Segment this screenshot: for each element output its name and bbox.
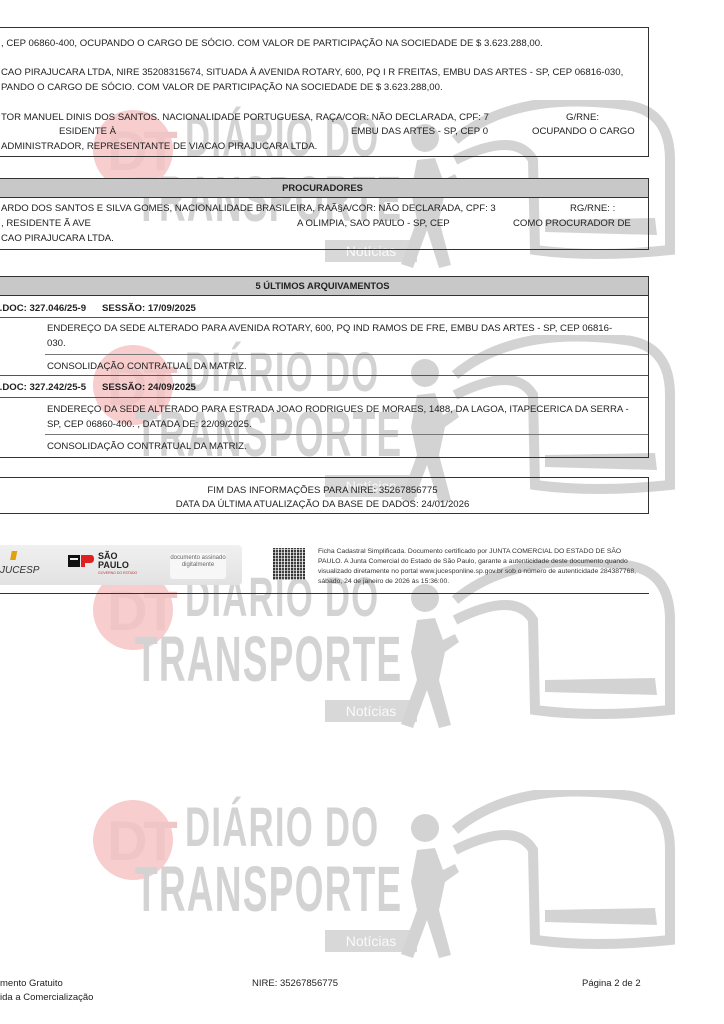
fim-nire: FIM DAS INFORMAÇÕES PARA NIRE: 352678567… (0, 485, 648, 496)
jucesp-logo-icon: //// (10, 549, 15, 563)
page-number: Página 2 de 2 (582, 978, 641, 989)
signed-badge: documento assinado digitalmente (170, 553, 226, 579)
socio-entry: TOR MANUEL DINIS DOS SANTOS. NACIONALIDA… (1, 112, 489, 123)
arquivamento-item: ENDEREÇO DA SEDE ALTERADO PARA AVENIDA R… (47, 323, 612, 334)
bus-person-icon (395, 790, 685, 965)
socio-entry: CAO PIRAJUCARA LTDA, NIRE 35208315674, S… (1, 67, 623, 78)
arquivamento-sessao: SESSÃO: 17/09/2025 (102, 303, 196, 314)
sp-logo-icon (68, 554, 94, 568)
footer-nire: NIRE: 35267856775 (252, 978, 338, 989)
qr-code (273, 548, 305, 580)
certification-text: Ficha Cadastral Simplificada. Documento … (318, 547, 638, 587)
procuradores-section: PROCURADORES ARDO DOS SANTOS E SILVA GOM… (0, 178, 649, 250)
arquivamento-doc: I.DOC: 327.242/25-5 (0, 382, 86, 393)
fim-section: FIM DAS INFORMAÇÕES PARA NIRE: 352678567… (0, 477, 649, 514)
logos-banner: //// JUCESP SÃOPAULO GOVERNO DO ESTADO d… (0, 545, 242, 585)
arquivamento-sessao: SESSÃO: 24/09/2025 (102, 382, 196, 393)
arquivamento-doc: I.DOC: 327.046/25-9 (0, 303, 86, 314)
divider (0, 593, 649, 594)
arquivamento-item: ENDEREÇO DA SEDE ALTERADO PARA ESTRADA J… (47, 404, 629, 415)
arquivamentos-header: 5 ÚLTIMOS ARQUIVAMENTOS (0, 277, 648, 296)
socio-entry: , CEP 06860-400, OCUPANDO O CARGO DE SÓC… (1, 38, 543, 49)
procuradores-header: PROCURADORES (0, 179, 648, 198)
socios-section: , CEP 06860-400, OCUPANDO O CARGO DE SÓC… (0, 27, 649, 157)
arquivamento-item: CONSOLIDAÇÃO CONTRATUAL DA MATRIZ. (47, 361, 247, 372)
footer-left: mento Gratuito ida a Comercialização (0, 978, 93, 1003)
watermark: DT DIÁRIO DO TRANSPORTE Notícias (85, 790, 685, 965)
arquivamentos-section: 5 ÚLTIMOS ARQUIVAMENTOS I.DOC: 327.046/2… (0, 276, 649, 458)
fim-data-atualizacao: DATA DA ÚLTIMA ATUALIZAÇÃO DA BASE DE DA… (0, 499, 648, 510)
arquivamento-item: CONSOLIDAÇÃO CONTRATUAL DA MATRIZ. (47, 441, 247, 452)
procurador-entry: ARDO DOS SANTOS E SILVA GOMES, NACIONALI… (1, 203, 496, 214)
sp-logo: SÃOPAULO (98, 552, 129, 570)
jucesp-logo: JUCESP (0, 565, 39, 576)
